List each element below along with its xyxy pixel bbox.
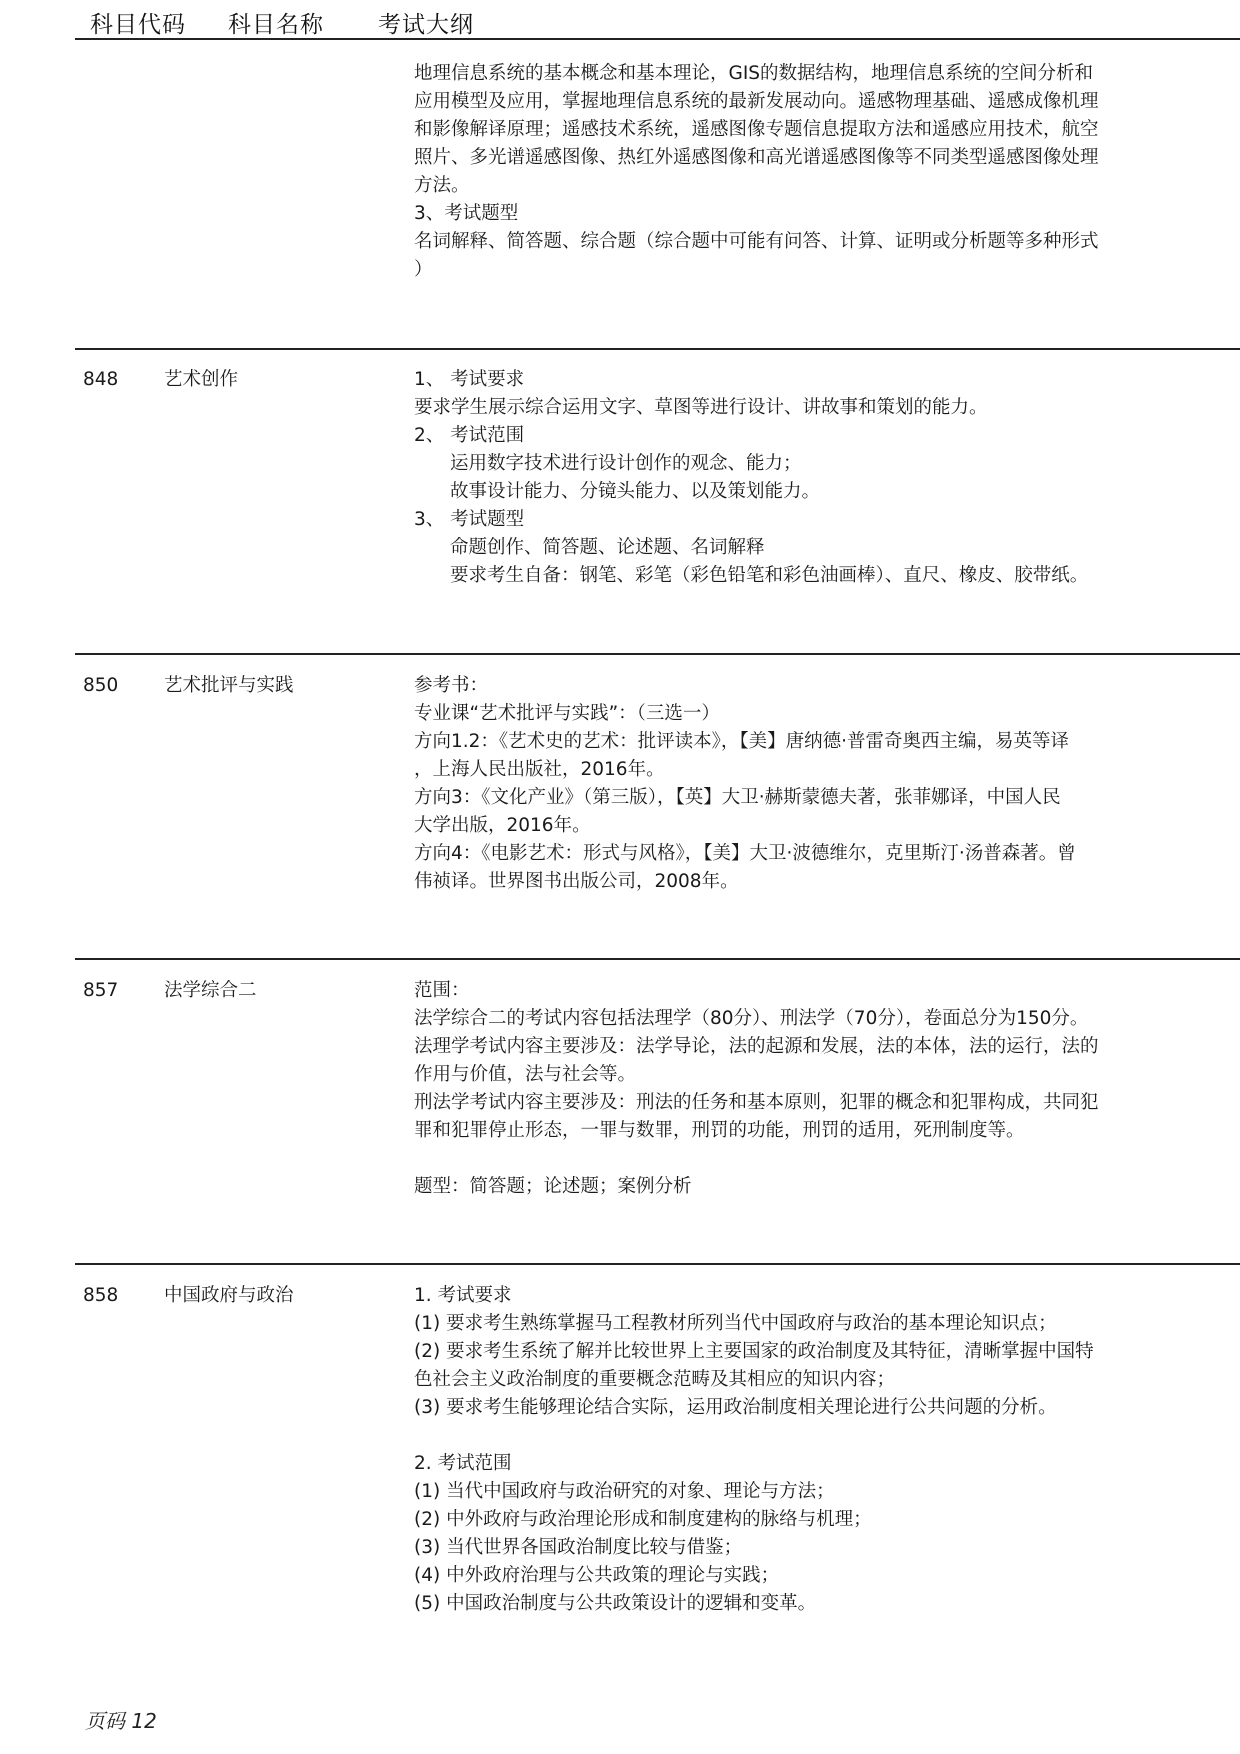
outline-line: 伟祯译。世界图书出版公司，2008年。 xyxy=(414,868,1204,896)
outline-line: (2) 要求考生系统了解并比较世界上主要国家的政治制度及其特征，清晰掌握中国特 xyxy=(414,1338,1204,1366)
outline-line: 2、 考试范围 xyxy=(414,422,1204,450)
outline-line: ，上海人民出版社，2016年。 xyxy=(414,756,1204,784)
outline-line: 故事设计能力、分镜头能力、以及策划能力。 xyxy=(414,478,1204,506)
outline-line: 范围： xyxy=(414,977,1204,1005)
outline-line: 运用数字技术进行设计创作的观念、能力； xyxy=(414,450,1204,478)
outline-line: 照片、多光谱遥感图像、热红外遥感图像和高光谱遥感图像等不同类型遥感图像处理 xyxy=(414,144,1194,172)
row-divider xyxy=(75,653,1240,655)
outline-line xyxy=(414,1145,1204,1173)
subject-outline: 范围： 法学综合二的考试内容包括法理学（80分）、刑法学（70分），卷面总分为1… xyxy=(414,977,1204,1201)
outline-line: 方向4：《电影艺术：形式与风格》，【美】大卫·波德维尔，克里斯汀·汤普森著。曾 xyxy=(414,840,1204,868)
outline-line: 色社会主义政治制度的重要概念范畴及其相应的知识内容； xyxy=(414,1366,1204,1394)
outline-line: 罪和犯罪停止形态，一罪与数罪，刑罚的功能，刑罚的适用，死刑制度等。 xyxy=(414,1117,1204,1145)
outline-line: 1. 考试要求 xyxy=(414,1282,1204,1310)
outline-line: 2. 考试范围 xyxy=(414,1450,1204,1478)
outline-line: 参考书： xyxy=(414,672,1204,700)
subject-name: 艺术创作 xyxy=(164,366,238,394)
outline-line: 应用模型及应用，掌握地理信息系统的最新发展动向。遥感物理基础、遥感成像机理 xyxy=(414,88,1194,116)
column-header-outline: 考试大纲 xyxy=(378,6,474,39)
outline-line xyxy=(414,1422,1204,1450)
subject-outline: 1. 考试要求 (1) 要求考生熟练掌握马工程教材所列当代中国政府与政治的基本理… xyxy=(414,1282,1204,1618)
outline-line: 法理学考试内容主要涉及：法学导论，法的起源和发展，法的本体，法的运行，法的 xyxy=(414,1033,1204,1061)
outline-line: 要求学生展示综合运用文字、草图等进行设计、讲故事和策划的能力。 xyxy=(414,394,1204,422)
outline-line: 刑法学考试内容主要涉及：刑法的任务和基本原则，犯罪的概念和犯罪构成，共同犯 xyxy=(414,1089,1204,1117)
outline-line: (3) 要求考生能够理论结合实际，运用政治制度相关理论进行公共问题的分析。 xyxy=(414,1394,1204,1422)
row-divider xyxy=(75,958,1240,960)
outline-line: (3) 当代世界各国政治制度比较与借鉴； xyxy=(414,1534,1204,1562)
outline-line: 命题创作、简答题、论述题、名词解释 xyxy=(414,534,1204,562)
outline-line: 3、考试题型 xyxy=(414,200,1194,228)
outline-line: 专业课“艺术批评与实践”：（三选一） xyxy=(414,700,1204,728)
row-divider xyxy=(75,348,1240,350)
subject-outline: 1、 考试要求 要求学生展示综合运用文字、草图等进行设计、讲故事和策划的能力。 … xyxy=(414,366,1204,590)
outline-line: 法学综合二的考试内容包括法理学（80分）、刑法学（70分），卷面总分为150分。 xyxy=(414,1005,1204,1033)
outline-line: (1) 当代中国政府与政治研究的对象、理论与方法； xyxy=(414,1478,1204,1506)
outline-line: (1) 要求考生熟练掌握马工程教材所列当代中国政府与政治的基本理论知识点； xyxy=(414,1310,1204,1338)
outline-line: 1、 考试要求 xyxy=(414,366,1204,394)
page-number: 页码 12 xyxy=(85,1705,157,1734)
outline-line: 方法。 xyxy=(414,172,1194,200)
subject-code: 858 xyxy=(83,1282,118,1310)
table-header: 科目代码 科目名称 考试大纲 xyxy=(75,4,1240,40)
outline-line: 题型：简答题；论述题；案例分析 xyxy=(414,1173,1204,1201)
outline-line: 要求考生自备：钢笔、彩笔（彩色铅笔和彩色油画棒）、直尺、橡皮、胶带纸。 xyxy=(414,562,1204,590)
outline-line: 3、 考试题型 xyxy=(414,506,1204,534)
continued-outline: 地理信息系统的基本概念和基本理论，GIS的数据结构，地理信息系统的空间分析和 应… xyxy=(414,60,1194,284)
subject-outline: 参考书： 专业课“艺术批评与实践”：（三选一） 方向1.2：《艺术史的艺术：批评… xyxy=(414,672,1204,896)
subject-name: 艺术批评与实践 xyxy=(164,672,294,700)
subject-code: 848 xyxy=(83,366,118,394)
subject-name: 中国政府与政治 xyxy=(164,1282,294,1310)
outline-line: ） xyxy=(414,256,1194,284)
column-header-code: 科目代码 xyxy=(90,6,186,39)
outline-line: 方向3：《文化产业》（第三版），【英】大卫·赫斯蒙德夫著，张菲娜译，中国人民 xyxy=(414,784,1204,812)
outline-line: (2) 中外政府与政治理论形成和制度建构的脉络与机理； xyxy=(414,1506,1204,1534)
outline-line: 方向1.2：《艺术史的艺术：批评读本》，【美】唐纳德·普雷奇奥西主编，易英等译 xyxy=(414,728,1204,756)
column-header-name: 科目名称 xyxy=(228,6,324,39)
outline-line: (4) 中外政府治理与公共政策的理论与实践； xyxy=(414,1562,1204,1590)
subject-name: 法学综合二 xyxy=(164,977,257,1005)
outline-line: 名词解释、简答题、综合题（综合题中可能有问答、计算、证明或分析题等多种形式 xyxy=(414,228,1194,256)
outline-line: 和影像解译原理；遥感技术系统，遥感图像专题信息提取方法和遥感应用技术，航空 xyxy=(414,116,1194,144)
row-divider xyxy=(75,1263,1240,1265)
outline-line: 大学出版，2016年。 xyxy=(414,812,1204,840)
outline-line: 作用与价值，法与社会等。 xyxy=(414,1061,1204,1089)
subject-code: 850 xyxy=(83,672,118,700)
subject-code: 857 xyxy=(83,977,118,1005)
outline-line: 地理信息系统的基本概念和基本理论，GIS的数据结构，地理信息系统的空间分析和 xyxy=(414,60,1194,88)
outline-line: (5) 中国政治制度与公共政策设计的逻辑和变革。 xyxy=(414,1590,1204,1618)
